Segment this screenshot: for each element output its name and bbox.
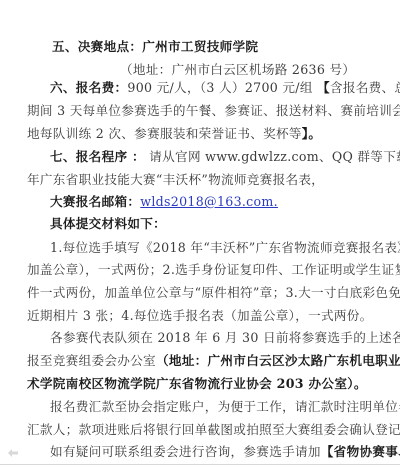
payment-line-2: 汇款人；款项进账后将银行回单截图或拍照至大赛组委会确认登记。	[27, 422, 400, 438]
fee-text: 900 元/人，（3 人）2700 元/组	[127, 80, 312, 95]
section5-heading: 五、决赛地点：广州市工贸技师学院	[52, 39, 258, 55]
payment-line-1: 报名费汇款至协会指定账户，为便于工作，请汇款时注明单位名称、	[50, 399, 400, 415]
section6-line3: 地每队训练 2 次、参赛服装和荣誉证书、奖杯等】。	[27, 126, 321, 142]
deadline-line-2: 报至竞赛组委会办公室（地址：广州市白云区沙太路广东机电职业技	[27, 353, 400, 369]
deadline-line-2-plain: 报至竞赛组委会办公室	[27, 353, 156, 368]
deadline-line-3-end: ）。	[347, 376, 367, 391]
contact-line-plain: 如有疑问可联系组委会进行咨询，参赛选手请加	[50, 444, 321, 459]
section7-line1-rest: 请从官网 www.gdwlzz.com、QQ 群等下载 2018	[149, 149, 400, 164]
section6-line1-rest: 含报名费、总决赛	[330, 80, 400, 95]
bracket-open: 【	[317, 80, 330, 95]
materials-line-1: 1.每位选手填写《2018 年“丰沃杯”广东省物流师竞赛报名表》(须	[50, 240, 400, 256]
deadline-line-1: 各参赛代表队须在 2018 年 6 月 30 日前将参赛选手的上述各项材料	[50, 330, 400, 346]
email-line: 大赛报名邮箱：wlds2018@163.com.	[50, 194, 278, 210]
email-link[interactable]: wlds2018@163.com.	[140, 194, 278, 209]
email-label: 大赛报名邮箱：	[50, 194, 140, 209]
deadline-line-3: 术学院南校区物流学院广东省物流行业协会 203 办公室）。	[27, 376, 367, 392]
section5-address: （地址：广州市白云区机场路 2636 号）	[120, 62, 355, 78]
contact-line: 如有疑问可联系组委会进行咨询，参赛选手请加【省物协赛事、	[50, 444, 400, 460]
materials-heading: 具体提交材料如下：	[50, 216, 166, 232]
materials-line-2: 加盖公章），一式两份；2.选手身份证复印件、工作证明或学生证复印	[27, 262, 400, 278]
section7-line2: 年广东省职业技能大赛“丰沃杯”物流师竞赛报名表，	[27, 172, 324, 188]
section7-heading: 七、报名程序 ：	[50, 149, 145, 164]
section6-line1: 六、报名费：900 元/人，（3 人）2700 元/组 【含报名费、总决赛	[50, 80, 400, 96]
section7-line1: 七、报名程序 ： 请从官网 www.gdwlzz.com、QQ 群等下载 201…	[50, 149, 400, 165]
materials-line-4: 近期相片 3 张；4.每位选手报名表（加盖公章），一式两份。	[27, 308, 373, 324]
section6-line2: 期间 3 天每单位参赛选手的午餐、参赛证、报送材料、赛前培训会、场	[27, 103, 400, 119]
deadline-address-part1: （地址：广州市白云区沙太路广东机电职业技	[156, 353, 400, 368]
section6-heading: 六、报名费：	[50, 80, 127, 95]
materials-line-3: 件一式两份，加盖单位公章与“原件相符”章；3.大一寸白底彩色免冠	[27, 285, 400, 301]
bracket-close: 】。	[302, 126, 322, 141]
arrow-left-icon[interactable]	[8, 449, 18, 457]
contact-line-bold: 【省物协赛事、	[321, 444, 400, 459]
bottom-divider	[0, 464, 400, 465]
deadline-address-part2: 术学院南校区物流学院广东省物流行业协会 203 办公室	[27, 376, 347, 391]
section6-line3-text: 地每队训练 2 次、参赛服装和荣誉证书、奖杯等	[27, 126, 302, 141]
